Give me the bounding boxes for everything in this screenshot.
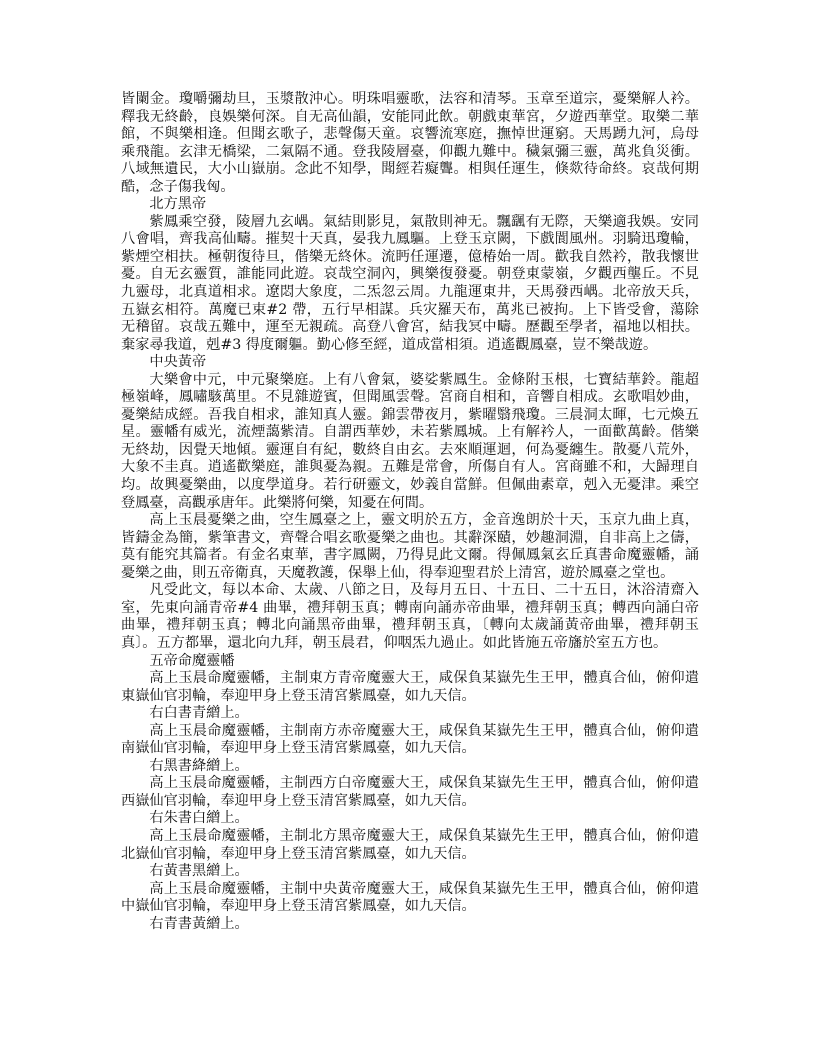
note-banner-south: 右黑書絳繒上。 bbox=[121, 758, 699, 776]
paragraph-commentary: 高上玉晨憂樂之曲，空生鳳臺之上，靈文明於五方，金音逸朗於十天，玉京九曲上真，皆鑄… bbox=[121, 512, 699, 582]
section-heading-north-black-emperor: 北方黑帝 bbox=[121, 196, 699, 214]
paragraph-ritual-instructions: 凡受此文，每以本命、太歲、八節之日，及每月五日、十五日、二十五日，沐浴清齋入室，… bbox=[121, 582, 699, 652]
note-banner-center: 右青書黃繒上。 bbox=[121, 916, 699, 934]
paragraph-banner-south: 高上玉晨命魔靈幡，主制南方赤帝魔靈大王，咸保負某嶽先生王甲，體真合仙，俯仰遣南嶽… bbox=[121, 723, 699, 758]
note-banner-north: 右黃書黑繒上。 bbox=[121, 863, 699, 881]
paragraph-north-hymn: 紫鳳乘空發，陵層九玄嵎。氣結則影見，氣散則神无。飄颻有无際，天樂適我娛。安同八會… bbox=[121, 214, 699, 354]
section-heading-central-yellow-emperor: 中央黃帝 bbox=[121, 354, 699, 372]
paragraph-banner-north: 高上玉晨命魔靈幡，主制北方黑帝魔靈大王，咸保負某嶽先生王甲，體真合仙，俯仰遣北嶽… bbox=[121, 828, 699, 863]
note-banner-east: 右白書青繒上。 bbox=[121, 705, 699, 723]
section-heading-five-emperor-banners: 五帝命魔靈幡 bbox=[121, 653, 699, 671]
paragraph-banner-center: 高上玉晨命魔靈幡，主制中央黃帝魔靈大王，咸保負某嶽先生王甲，體真合仙，俯仰遣中嶽… bbox=[121, 881, 699, 916]
paragraph-banner-east: 高上玉晨命魔靈幡，主制東方青帝魔靈大王，咸保負某嶽先生王甲，體真合仙，俯仰遣東嶽… bbox=[121, 670, 699, 705]
document-page: 皆闌金。瓊嚼彌劫旦，玉漿散沖心。明珠唱靈歌，法容和清琴。玉章至道宗，憂樂解人衿。… bbox=[121, 91, 699, 933]
paragraph-central-hymn: 大樂會中元，中元聚樂庭。上有八會氣，婆娑紫鳳生。金條附玉根，七寶結華鈴。龍超極嶺… bbox=[121, 372, 699, 512]
paragraph-continuation: 皆闌金。瓊嚼彌劫旦，玉漿散沖心。明珠唱靈歌，法容和清琴。玉章至道宗，憂樂解人衿。… bbox=[121, 91, 699, 196]
note-banner-west: 右朱書白繒上。 bbox=[121, 810, 699, 828]
paragraph-banner-west: 高上玉晨命魔靈幡，主制西方白帝魔靈大王，咸保負某嶽先生王甲，體真合仙，俯仰遣西嶽… bbox=[121, 775, 699, 810]
